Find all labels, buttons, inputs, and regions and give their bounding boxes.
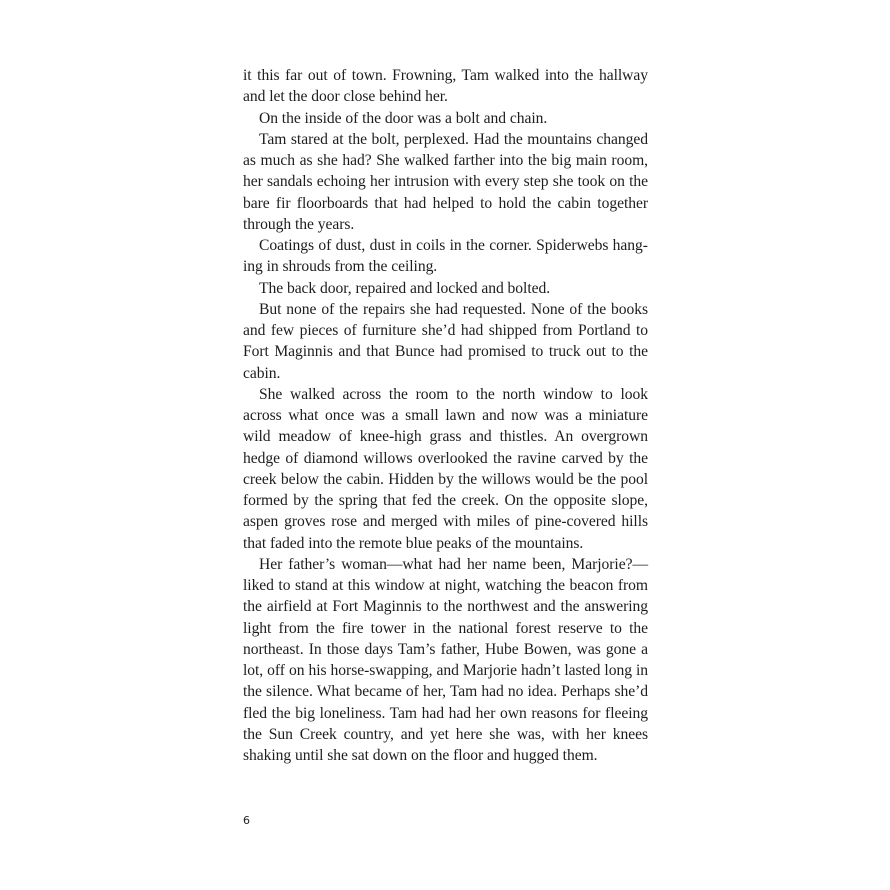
paragraph: She walked across the room to the north … bbox=[243, 384, 648, 554]
page-number: 6 bbox=[243, 814, 250, 827]
paragraph: The back door, repaired and locked and b… bbox=[243, 278, 648, 299]
paragraph: But none of the repairs she had requeste… bbox=[243, 299, 648, 384]
paragraph: Her father’s woman—what had her name bee… bbox=[243, 554, 648, 767]
body-text: it this far out of town. Frowning, Tam w… bbox=[243, 65, 648, 766]
paragraph: Coatings of dust, dust in coils in the c… bbox=[243, 235, 648, 278]
book-page: it this far out of town. Frowning, Tam w… bbox=[0, 0, 890, 890]
paragraph: Tam stared at the bolt, perplexed. Had t… bbox=[243, 129, 648, 235]
paragraph-continuation: it this far out of town. Frowning, Tam w… bbox=[243, 65, 648, 108]
paragraph: On the inside of the door was a bolt and… bbox=[243, 108, 648, 129]
